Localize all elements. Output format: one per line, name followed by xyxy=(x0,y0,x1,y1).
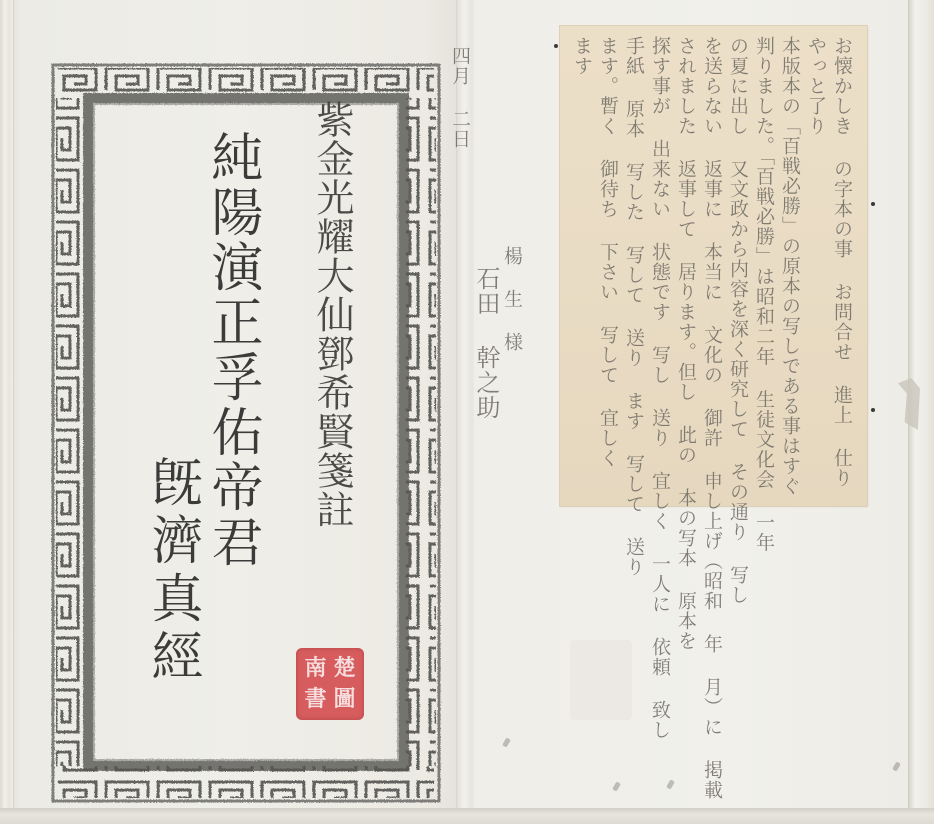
title-line-1: 純陽演正孚佑帝君 xyxy=(204,130,260,570)
book-spread: 紫金光耀大仙鄧希賢箋註 純陽演正孚佑帝君 旣濟真經 南 楚 書 圖 お懐かしき … xyxy=(0,0,934,824)
letter-column: やっと了り xyxy=(805,36,827,496)
letter-column: されました 返事して 居ります。但し 此の 本の写本 原本を xyxy=(675,36,697,496)
commentator-attribution: 紫金光耀大仙鄧希賢箋註 xyxy=(312,100,352,529)
letter-column: ます。暫く 御待ち 下さい 写して 宜しく xyxy=(597,36,619,496)
letter-signature: 石田 幹之助 xyxy=(475,266,497,496)
handwritten-letter: お懐かしき の字本の事 お問合せ 進上 仕り やっと了り 本版本の「百戦必勝」の… xyxy=(560,26,867,506)
bottom-page-edge xyxy=(0,808,934,824)
letter-columns: お懐かしき の字本の事 お問合せ 進上 仕り やっと了り 本版本の「百戦必勝」の… xyxy=(449,36,853,496)
letter-column: ます xyxy=(571,36,593,496)
faded-seal-offset xyxy=(570,640,632,720)
seal-char: 書 xyxy=(302,685,329,714)
red-seal-stamp: 南 楚 書 圖 xyxy=(296,648,364,720)
letter-column: お懐かしき の字本の事 お問合せ 進上 仕り xyxy=(831,36,853,496)
letter-column: 判りました。「百戦必勝」は昭和二年 生徒文化会 一年 xyxy=(753,36,775,496)
letter-column: 手紙 原本 写した 写して 送り ます 写して 送り xyxy=(623,36,645,496)
binding-hole xyxy=(871,408,875,412)
letter-addressee: 楊 生 様 xyxy=(501,246,523,496)
binding-hole xyxy=(554,44,558,48)
seal-char: 南 xyxy=(302,654,329,683)
seal-char: 楚 xyxy=(331,654,358,683)
title-line-2: 旣濟真經 xyxy=(144,455,200,687)
binding-hole xyxy=(871,202,875,206)
left-page-edge xyxy=(0,0,14,824)
letter-column: の夏に出し 又文政から内容を深く研究して その通り 写し xyxy=(727,36,749,496)
letter-column: 本版本の「百戦必勝」の原本の写しである事はすぐ xyxy=(779,36,801,496)
seal-char: 圖 xyxy=(331,685,358,714)
letter-date: 四月 二日 xyxy=(449,46,471,496)
letter-spacer xyxy=(527,36,567,496)
letter-column: 探す事が 出来ない 状態です 写し 送り 宜しく 一人に 依頼 致し xyxy=(649,36,671,496)
letter-column: を送らない 返事に 本当に 文化の 御許 申し上げ（昭和 年 月）に 掲載 xyxy=(701,36,723,496)
